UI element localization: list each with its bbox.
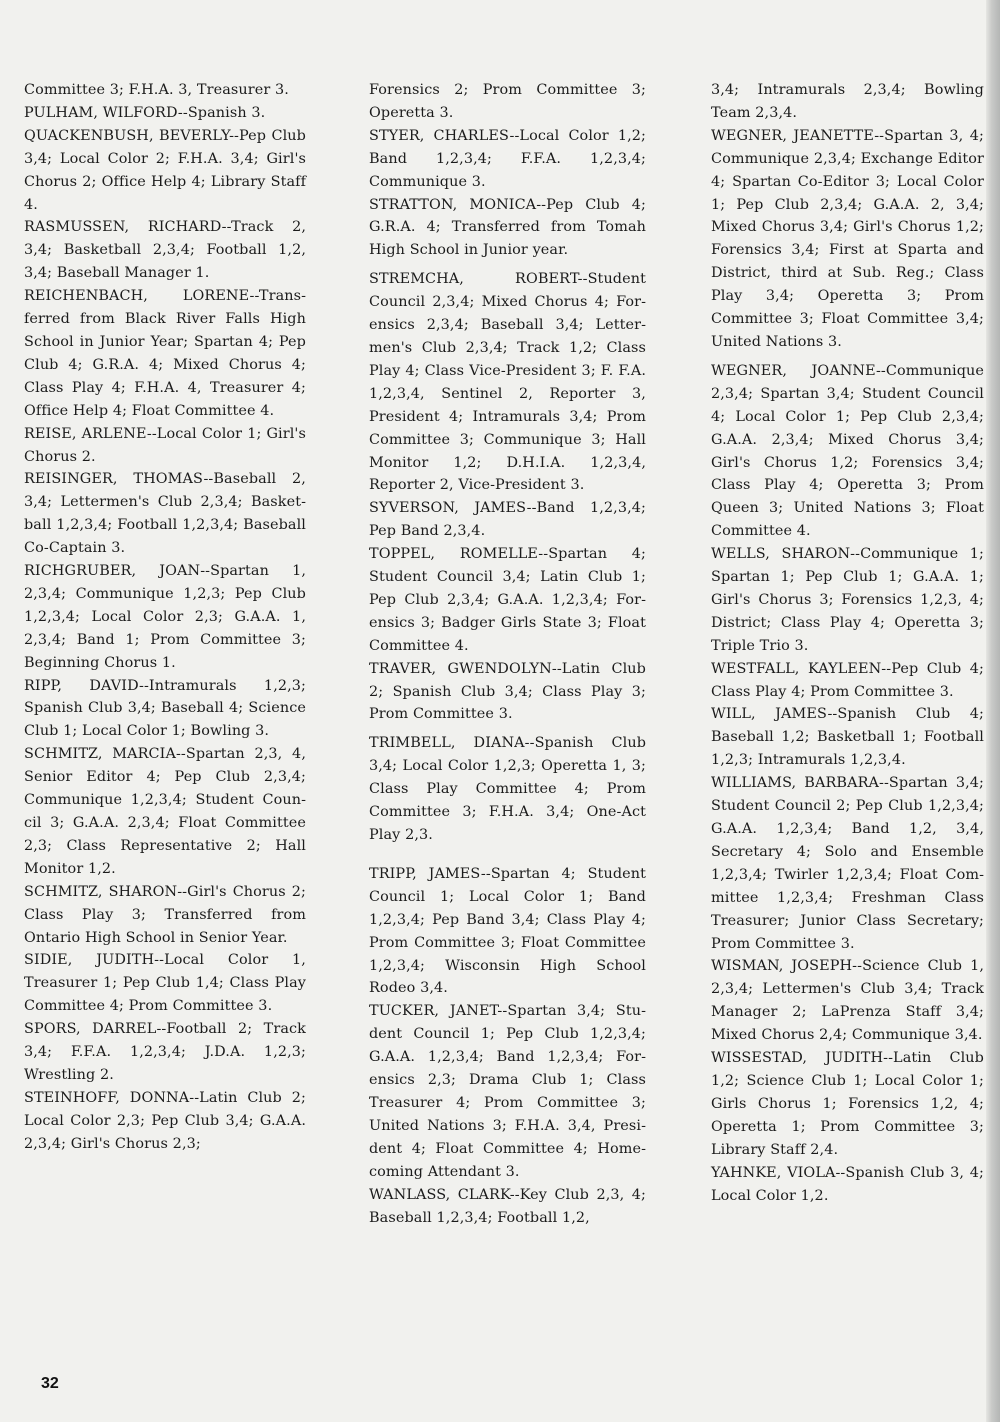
student-activities: --Spartan 4; Student Council 3,4; Latin … — [369, 546, 646, 654]
student-name: RIPP, DAVID — [24, 678, 139, 694]
student-name: YAHNKE, VIOLA — [711, 1165, 835, 1181]
student-entry-wells: WELLS, SHARON--Communique 1; Spartan 1; … — [711, 543, 984, 658]
student-entry-wissestad: WISSESTAD, JUDITH--Latin Club 1,2; Scien… — [711, 1047, 984, 1162]
student-name: WELLS, SHARON — [711, 546, 850, 562]
page-number: 32 — [41, 1375, 59, 1393]
student-name: WEGNER, JEANETTE — [711, 128, 874, 144]
student-name: RICHGRUBER, JOAN — [24, 563, 200, 579]
student-name: SCHMITZ, MARCIA — [24, 746, 176, 762]
student-activities: --Spartan 1, 2,3,4; Communique 1,2,3; Pe… — [24, 563, 306, 671]
student-name: SCHMITZ, SHARON — [24, 884, 177, 900]
student-entry-pulham: PULHAM, WILFORD--Spanish 3. — [24, 102, 306, 125]
student-entry-stremcha: STREMCHA, ROBERT--Student Council 2,3,4;… — [369, 268, 646, 497]
student-entry-traver: TRAVER, GWENDOLYN--Latin Club 2; Spanish… — [369, 658, 646, 727]
student-entry-toppel: TOPPEL, ROMELLE--Spartan 4; Student Coun… — [369, 543, 646, 658]
student-name: REISE, ARLENE — [24, 426, 147, 442]
student-activities: --Communique 1; Spartan 1; Pep Club 1; G… — [711, 546, 984, 654]
student-name: TOPPEL, ROMELLE — [369, 546, 538, 562]
student-entry-schmitz-marcia: SCHMITZ, MARCIA--Spartan 2,3, 4, Senior … — [24, 743, 306, 880]
student-entry-continued: Forensics 2; Prom Committee 3; Operetta … — [369, 79, 646, 125]
student-name: TRIPP, JAMES — [369, 866, 481, 882]
column-2: Forensics 2; Prom Committee 3; Operetta … — [369, 79, 646, 1229]
student-entry-wegner-joanne: WEGNER, JOANNE--Communique 2,3,4; Sparta… — [711, 360, 984, 543]
student-entry-wisman: WISMAN, JOSEPH--Science Club 1, 2,3,4; L… — [711, 955, 984, 1047]
student-entry-continued: Committee 3; F.H.A. 3, Treasurer 3. — [24, 79, 306, 102]
student-entry-reise: REISE, ARLENE--Local Color 1; Girl's Cho… — [24, 423, 306, 469]
student-name: STREMCHA, ROBERT — [369, 271, 578, 287]
student-entry-richgruber: RICHGRUBER, JOAN--Spartan 1, 2,3,4; Comm… — [24, 560, 306, 675]
student-name: WILLIAMS, BARBARA — [711, 775, 879, 791]
student-activities: --Spartan 4; Student Council 1; Local Co… — [369, 866, 646, 997]
student-entry-continued: 3,4; Intramurals 2,3,4; Bowling Team 2,3… — [711, 79, 984, 125]
student-activities: --Spanish Club 3,4; Local Color 1,2,3; O… — [369, 735, 646, 843]
student-entry-westfall: WESTFALL, KAYLEEN--Pep Club 4; Class Pla… — [711, 658, 984, 704]
student-entry-wanlass: WANLASS, CLARK--Key Club 2,3, 4; Basebal… — [369, 1184, 646, 1230]
student-entry-sidie: SIDIE, JUDITH--Local Color 1, Treasurer … — [24, 949, 306, 1018]
student-entry-steinhoff: STEINHOFF, DONNA--Latin Club 2; Local Co… — [24, 1087, 306, 1156]
student-name: STEINHOFF, DONNA — [24, 1090, 189, 1106]
student-activities: --Spanish 3. — [178, 105, 265, 121]
student-name: WISSESTAD, JUDITH — [711, 1050, 883, 1066]
student-entry-trimbell: TRIMBELL, DIANA--Spanish Club 3,4; Local… — [369, 732, 646, 847]
student-entry-schmitz-sharon: SCHMITZ, SHARON--Girl's Chorus 2; Class … — [24, 881, 306, 950]
student-entry-tucker: TUCKER, JANET--Spartan 3,4; Stu­dent Cou… — [369, 1000, 646, 1183]
student-activities: --Latin Club 1,2; Science Club 1; Local … — [711, 1050, 984, 1158]
student-entry-williams: WILLIAMS, BARBARA--Spartan 3,4; Student … — [711, 772, 984, 955]
student-entry-rasmussen: RASMUSSEN, RICHARD--Track 2, 3,4; Basket… — [24, 216, 306, 285]
student-activities: --Spartan 3,4; Student Council 2; Pep Cl… — [711, 775, 984, 951]
student-activities: --Spartan 3,4; Stu­dent Council 1; Pep C… — [369, 1003, 646, 1179]
column-3: 3,4; Intramurals 2,3,4; Bowling Team 2,3… — [711, 79, 984, 1207]
student-entry-stratton: STRATTON, MONICA--Pep Club 4; G.R.A. 4; … — [369, 194, 646, 263]
student-name: SYVERSON, JAMES — [369, 500, 527, 516]
student-name: WESTFALL, KAYLEEN — [711, 661, 881, 677]
student-activities: --Spartan 2,3, 4, Senior Editor 4; Pep C… — [24, 746, 306, 877]
student-entry-yahnke: YAHNKE, VIOLA--Spanish Club 3, 4; Local … — [711, 1162, 984, 1208]
student-entry-reisinger: REISINGER, THOMAS--Baseball 2, 3,4; Lett… — [24, 468, 306, 560]
student-entry-wegner-jeanette: WEGNER, JEANETTE--Spartan 3, 4; Communiq… — [711, 125, 984, 354]
student-name: RASMUSSEN, RICHARD — [24, 219, 222, 235]
column-1: Committee 3; F.H.A. 3, Treasurer 3. PULH… — [24, 79, 306, 1156]
student-entry-quackenbush: QUACKENBUSH, BEVERLY--Pep Club 3,4; Loca… — [24, 125, 306, 217]
student-name: SPORS, DARREL — [24, 1021, 156, 1037]
student-entry-reichenbach: REICHENBACH, LORENE--Trans­ferred from B… — [24, 285, 306, 422]
student-name: STYER, CHARLES — [369, 128, 509, 144]
student-entry-syverson: SYVERSON, JAMES--Band 1,2,3,4; Pep Band … — [369, 497, 646, 543]
student-name: WILL, JAMES — [711, 706, 827, 722]
student-entry-tripp: TRIPP, JAMES--Spartan 4; Student Council… — [369, 863, 646, 1000]
student-activities: --Trans­ferred from Black River Falls Hi… — [24, 288, 306, 419]
student-name: TUCKER, JANET — [369, 1003, 497, 1019]
student-name: QUACKENBUSH, BEVERLY — [24, 128, 229, 144]
student-entry-spors: SPORS, DARREL--Football 2; Track 3,4; F.… — [24, 1018, 306, 1087]
student-name: WEGNER, JOANNE — [711, 363, 876, 379]
student-entry-will: WILL, JAMES--Spanish Club 4; Baseball 1,… — [711, 703, 984, 772]
student-name: TRAVER, GWENDOLYN — [369, 661, 552, 677]
student-activities: --Student Council 2,3,4; Mixed Chorus 4;… — [369, 271, 646, 493]
student-name: WANLASS, CLARK — [369, 1187, 510, 1203]
student-name: REISINGER, THOMAS — [24, 471, 203, 487]
student-entry-styer: STYER, CHARLES--Local Color 1,2; Band 1,… — [369, 125, 646, 194]
page-binding-edge — [986, 0, 1000, 1422]
student-name: REICHENBACH, LORENE — [24, 288, 250, 304]
student-entry-ripp: RIPP, DAVID--Intramurals 1,2,3; Spanish … — [24, 675, 306, 744]
student-name: STRATTON, MONICA — [369, 197, 536, 213]
student-name: TRIMBELL, DIANA — [369, 735, 525, 751]
student-name: PULHAM, WILFORD — [24, 105, 178, 121]
student-activities: --Spartan 3, 4; Communique 2,3,4; Exchan… — [711, 128, 984, 350]
student-activities: --Communique 2,3,4; Spartan 3,4; Student… — [711, 363, 984, 539]
student-name: WISMAN, JOSEPH — [711, 958, 852, 974]
student-name: SIDIE, JUDITH — [24, 952, 154, 968]
